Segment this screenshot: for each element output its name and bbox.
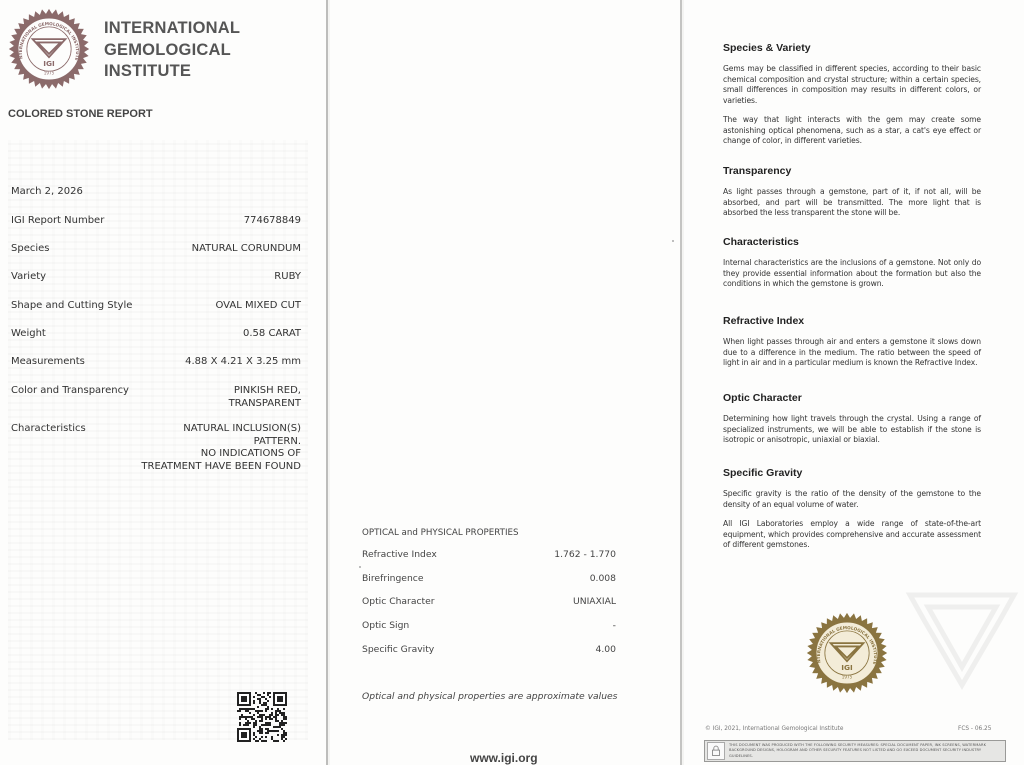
glossary-section: CharacteristicsInternal characteristics … — [723, 236, 981, 299]
svg-text:1975: 1975 — [842, 674, 853, 679]
glossary-paragraph: Specific gravity is the ratio of the den… — [723, 489, 981, 510]
security-note: This document was produced with the foll… — [729, 743, 1005, 760]
report-date: March 2, 2026 — [11, 186, 83, 197]
detail-value-line: TREATMENT HAVE BEEN FOUND — [141, 461, 301, 474]
optical-value: UNIAXIAL — [573, 596, 616, 607]
detail-label: IGI Report Number — [11, 215, 104, 226]
detail-value: 0.58 CARAT — [243, 328, 301, 341]
detail-value: 4.88 X 4.21 X 3.25 mm — [185, 356, 301, 369]
diamond-watermark-icon — [900, 575, 1024, 725]
detail-value-line: PATTERN. — [141, 436, 301, 449]
glossary-paragraph: Gems may be classified in different spec… — [723, 64, 981, 106]
paper-speck — [672, 240, 674, 242]
institute-name-line: INTERNATIONAL — [104, 18, 240, 40]
svg-text:1975: 1975 — [44, 70, 55, 75]
glossary-heading: Transparency — [723, 165, 981, 177]
optical-note: Optical and physical properties are appr… — [362, 691, 617, 702]
glossary-heading: Specific Gravity — [723, 467, 981, 479]
detail-value-line: OVAL MIXED CUT — [215, 300, 301, 313]
report-title: COLORED STONE REPORT — [8, 108, 153, 120]
glossary-section: Species & VarietyGems may be classified … — [723, 42, 981, 156]
optical-label: Optic Sign — [362, 620, 409, 631]
detail-value-line: TRANSPARENT — [229, 398, 301, 411]
svg-text:IGI: IGI — [841, 663, 853, 672]
glossary-paragraph: All IGI Laboratories employ a wide range… — [723, 519, 981, 551]
glossary-section: Optic CharacterDetermining how light tra… — [723, 392, 981, 455]
detail-value-line: NO INDICATIONS OF — [141, 448, 301, 461]
detail-label: Color and Transparency — [11, 385, 129, 396]
optical-label: Refractive Index — [362, 549, 437, 560]
detail-value-line: RUBY — [274, 271, 301, 284]
lock-document-icon — [707, 742, 725, 760]
detail-value-line: NATURAL CORUNDUM — [192, 243, 301, 256]
detail-label: Measurements — [11, 356, 85, 367]
detail-value: RUBY — [274, 271, 301, 284]
detail-value: NATURAL CORUNDUM — [192, 243, 301, 256]
detail-value-line: 774678849 — [244, 215, 301, 228]
institute-name-line: GEMOLOGICAL — [104, 40, 240, 62]
igi-gold-seal-icon: IGI1975INTERNATIONAL GEMOLOGICAL INSTITU… — [806, 612, 888, 694]
detail-value: PINKISH RED,TRANSPARENT — [229, 385, 301, 410]
glossary-heading: Characteristics — [723, 236, 981, 248]
detail-value: 774678849 — [244, 215, 301, 228]
igi-seal-icon: IGI1975INTERNATIONAL GEMOLOGICAL INSTITU… — [8, 8, 90, 90]
glossary-paragraph: As light passes through a gemstone, part… — [723, 187, 981, 219]
detail-value: NATURAL INCLUSION(S)PATTERN.NO INDICATIO… — [141, 423, 301, 473]
detail-value-line: NATURAL INCLUSION(S) — [141, 423, 301, 436]
website-link[interactable]: www.igi.org — [470, 751, 538, 765]
institute-name: INTERNATIONAL GEMOLOGICAL INSTITUTE — [104, 18, 240, 83]
glossary-heading: Species & Variety — [723, 42, 981, 54]
optical-value: 0.008 — [590, 573, 616, 584]
glossary-paragraph: Internal characteristics are the inclusi… — [723, 258, 981, 290]
institute-name-line: INSTITUTE — [104, 61, 240, 83]
detail-value: OVAL MIXED CUT — [215, 300, 301, 313]
svg-text:IGI: IGI — [43, 59, 55, 68]
detail-label: Weight — [11, 328, 46, 339]
copyright: © IGI, 2021, International Gemological I… — [705, 726, 843, 732]
glossary-heading: Optic Character — [723, 392, 981, 404]
optical-label: Specific Gravity — [362, 644, 434, 655]
qr-code-icon[interactable] — [237, 692, 287, 742]
glossary-section: Refractive IndexWhen light passes throug… — [723, 315, 981, 378]
optical-title: OPTICAL and PHYSICAL PROPERTIES — [362, 528, 519, 538]
detail-label: Characteristics — [11, 423, 86, 434]
security-strip: This document was produced with the foll… — [704, 740, 1006, 762]
detail-value-line: 4.88 X 4.21 X 3.25 mm — [185, 356, 301, 369]
glossary-heading: Refractive Index — [723, 315, 981, 327]
glossary-paragraph: When light passes through air and enters… — [723, 337, 981, 369]
glossary-section: Specific GravitySpecific gravity is the … — [723, 467, 981, 560]
glossary-paragraph: Determining how light travels through th… — [723, 414, 981, 446]
glossary-paragraph: The way that light interacts with the ge… — [723, 115, 981, 147]
optical-value: 1.762 - 1.770 — [554, 549, 616, 560]
glossary-section: TransparencyAs light passes through a ge… — [723, 165, 981, 228]
detail-value-line: 0.58 CARAT — [243, 328, 301, 341]
detail-label: Shape and Cutting Style — [11, 300, 132, 311]
optical-value: 4.00 — [596, 644, 616, 655]
paper-speck — [359, 566, 361, 568]
optical-label: Optic Character — [362, 596, 435, 607]
optical-value: - — [613, 620, 616, 631]
detail-value-line: PINKISH RED, — [229, 385, 301, 398]
detail-label: Variety — [11, 271, 46, 282]
optical-label: Birefringence — [362, 573, 423, 584]
form-code: FCS - 06.25 — [958, 726, 991, 732]
detail-label: Species — [11, 243, 50, 254]
